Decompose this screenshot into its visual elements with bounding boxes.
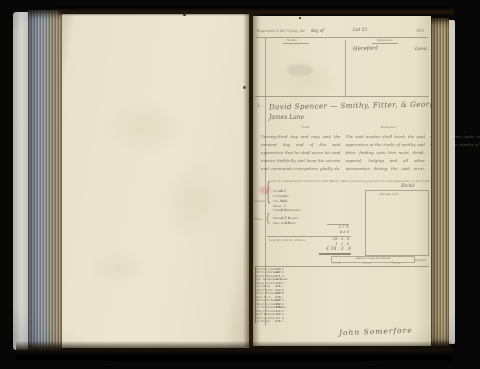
table-subheader-b: £ s. d. <box>363 262 371 265</box>
remarks-box <box>365 190 429 256</box>
wages-table: Amount of wages due and paid. £ s. d. £ … <box>255 256 429 324</box>
caption-names-rule <box>283 43 309 44</box>
account-item-value: . 2 <box>273 204 286 208</box>
page-header-printed-title: Registered of the Colony, the <box>257 29 305 33</box>
handwritten-clause-paragraph: Twenty-third day and may said the presen… <box>261 133 425 175</box>
box-divider-line <box>345 40 346 96</box>
account-brace1: { <box>265 180 271 206</box>
page-header-lot: Lot 53 <box>353 28 367 33</box>
account-item-value: 3 7 6 <box>273 216 290 220</box>
handwritten-name-line: David Spencer — Smithy, Fitter, & George <box>269 101 439 112</box>
right-cover-edge <box>449 20 455 344</box>
book-gutter-shadow <box>243 14 259 347</box>
account-item-value: 4 2 <box>273 208 286 212</box>
account-item: Sundry Maintenance 4 2 <box>273 208 349 213</box>
table-subheader-c: £ s. d. <box>393 262 401 265</box>
handwritten-initial: Richd <box>401 184 414 189</box>
subtotal-2: 8 3 6 <box>327 230 349 234</box>
table-row: Joe Green . 2 6 . 1 . . 3 6 <box>255 320 429 324</box>
printed-covenant-line: and in consideration whereof the said Ma… <box>271 179 447 183</box>
account-items-group1: Clothes 1 6 Comforters . 3 Two Shirts 1 … <box>273 188 349 212</box>
table-subheader-a: £ s. d. <box>333 262 341 265</box>
caption-trade: Trade. <box>301 125 310 129</box>
boxes-bottom-rule <box>255 96 429 97</box>
caption-signatures: Signatures. <box>377 38 393 42</box>
gratuity-value-1: . 18 . 3 . 6 <box>319 237 349 241</box>
photograph-of-open-ledger: Registered of the Colony, the day of Lot… <box>0 0 480 369</box>
subtotal-1: 3 7 ½ <box>327 225 349 229</box>
page-header-handwritten-date: day of <box>311 28 324 33</box>
handwritten-master-name: Hereford <box>353 46 378 53</box>
signature: John Somerfore <box>339 326 413 338</box>
paper-speck <box>299 17 301 19</box>
caption-names: Names. <box>287 38 298 42</box>
paper-speck <box>243 86 246 89</box>
page-header-year: 1853 <box>416 29 424 33</box>
pencil-smudge <box>287 64 313 76</box>
handwritten-rank: Lieut. <box>415 47 429 52</box>
account-item-value: 1 6 <box>273 189 286 193</box>
handwritten-name-line-2: James Lane <box>269 114 304 121</box>
caption-signatures-rule <box>372 43 398 44</box>
table-group-header: Amount of wages due and paid. <box>331 256 415 263</box>
book-top-edge-shadow <box>58 7 454 16</box>
left-page-block-fore-edge <box>28 10 62 351</box>
remarks-box-caption: Amount paid. <box>379 192 399 196</box>
account-item-value: . 3 <box>273 194 286 198</box>
header-rule <box>256 37 428 38</box>
right-register-page: Registered of the Colony, the day of Lot… <box>253 16 431 346</box>
account-item-value: . 5 8 <box>273 221 290 225</box>
right-page-block-fore-edge <box>431 18 449 346</box>
account-brace2: { <box>265 213 271 225</box>
table-rows: Charles Jones . 5 . . 2 6 . 7 6 Elizth A… <box>255 267 429 323</box>
table-remarks-header: Remarks. <box>415 259 427 262</box>
gratuity-label: Gratuity paid in advance <box>269 238 305 242</box>
left-blank-page <box>62 14 249 348</box>
left-cover-edge <box>13 12 28 350</box>
account-total: £ 18 . 3 . 6 <box>319 247 351 255</box>
account-item-value: 1 3 <box>273 199 286 203</box>
book-bottom-shadow <box>16 341 452 361</box>
paper-speck <box>183 13 186 16</box>
table-cell-balance: . 3 6 <box>255 319 282 323</box>
gratuity-value-2: . 1 . 2 . 6 <box>319 242 349 246</box>
caption-residence: Residence. <box>381 125 397 129</box>
